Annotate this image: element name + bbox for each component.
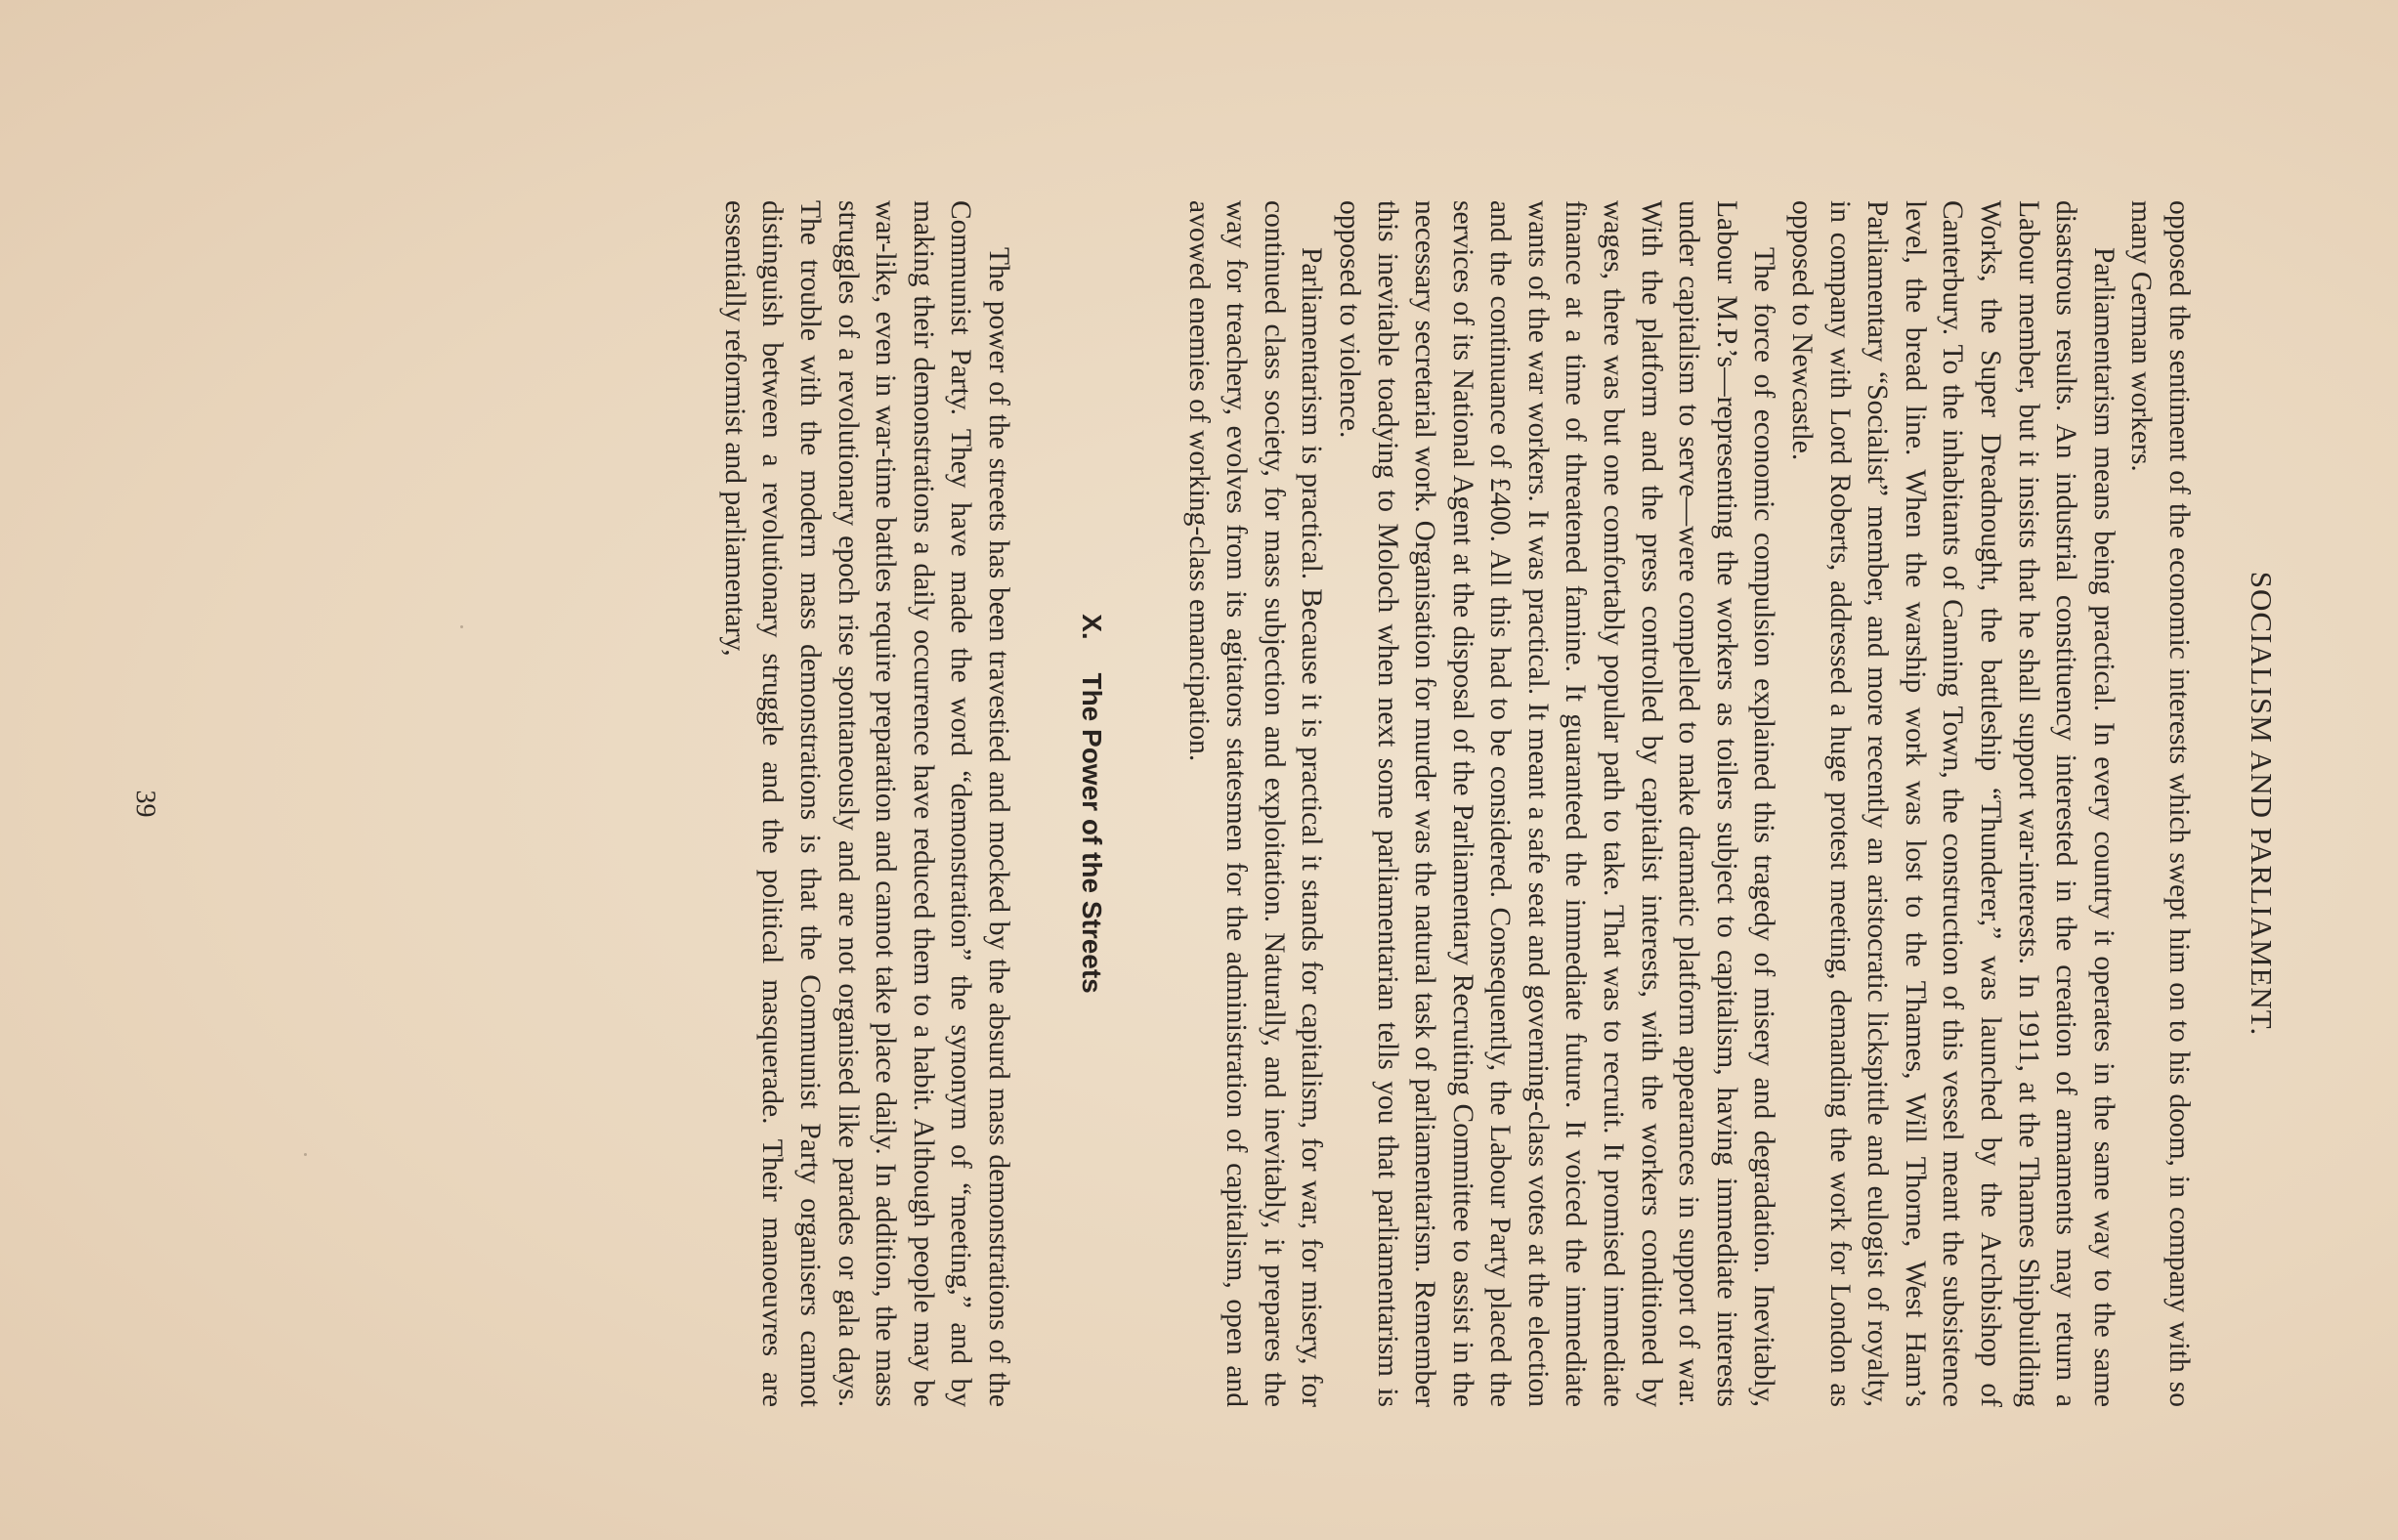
paragraph: The force of economic compulsion explain… <box>1330 200 1782 1407</box>
section-title: The Power of the Streets <box>1077 672 1107 993</box>
paragraph: opposed the sentiment of the economic in… <box>2122 200 2198 1407</box>
paper-speck <box>811 293 815 297</box>
page-number: 39 <box>129 200 160 1407</box>
paragraph: Parliamentarism means being practical. I… <box>1782 200 2121 1407</box>
paper-speck <box>1944 987 1948 992</box>
paragraph: The power of the streets has been traves… <box>715 200 1017 1407</box>
body-text: opposed the sentiment of the economic in… <box>715 200 2198 1407</box>
paragraph: Parliamentarism is practical. Because it… <box>1179 200 1330 1407</box>
section-number: X. <box>1077 614 1107 639</box>
section-heading: X. The Power of the Streets <box>1074 200 1109 1407</box>
scanned-page-frame: SOCIALISM AND PARLIAMENT. opposed the se… <box>0 0 2398 1540</box>
running-head: SOCIALISM AND PARLIAMENT. <box>2242 200 2281 1407</box>
book-page: SOCIALISM AND PARLIAMENT. opposed the se… <box>0 0 2398 1540</box>
paper-speck <box>304 1153 307 1156</box>
paper-speck <box>460 625 463 628</box>
